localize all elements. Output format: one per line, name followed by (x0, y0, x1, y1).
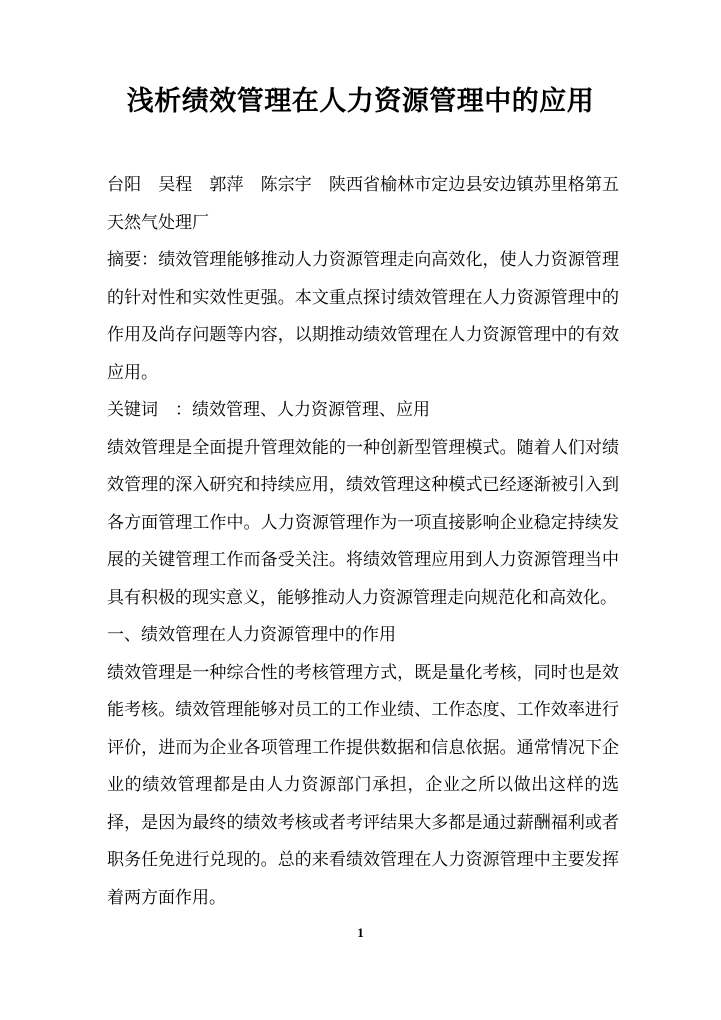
document-page: 浅析绩效管理在人力资源管理中的应用 台阳 吴程 郭萍 陈宗宇 陕西省榆林市定边县… (0, 0, 721, 1020)
author-byline: 台阳 吴程 郭萍 陈宗宇 陕西省榆林市定边县安边镇苏里格第五天然气处理厂 (107, 166, 619, 241)
page-number: 1 (0, 926, 721, 939)
keywords-line: 关键词 ：绩效管理、人力资源管理、应用 (107, 391, 619, 429)
section-1-heading: 一、绩效管理在人力资源管理中的作用 (107, 616, 619, 654)
section-1-paragraph: 绩效管理是一种综合性的考核管理方式，既是量化考核，同时也是效能考核。绩效管理能够… (107, 654, 619, 917)
document-body: 台阳 吴程 郭萍 陈宗宇 陕西省榆林市定边县安边镇苏里格第五天然气处理厂 摘要：… (107, 166, 619, 916)
abstract-paragraph: 摘要：绩效管理能够推动人力资源管理走向高效化，使人力资源管理的针对性和实效性更强… (107, 241, 619, 391)
document-title: 浅析绩效管理在人力资源管理中的应用 (0, 85, 721, 117)
intro-paragraph: 绩效管理是全面提升管理效能的一种创新型管理模式。随着人们对绩效管理的深入研究和持… (107, 429, 619, 617)
